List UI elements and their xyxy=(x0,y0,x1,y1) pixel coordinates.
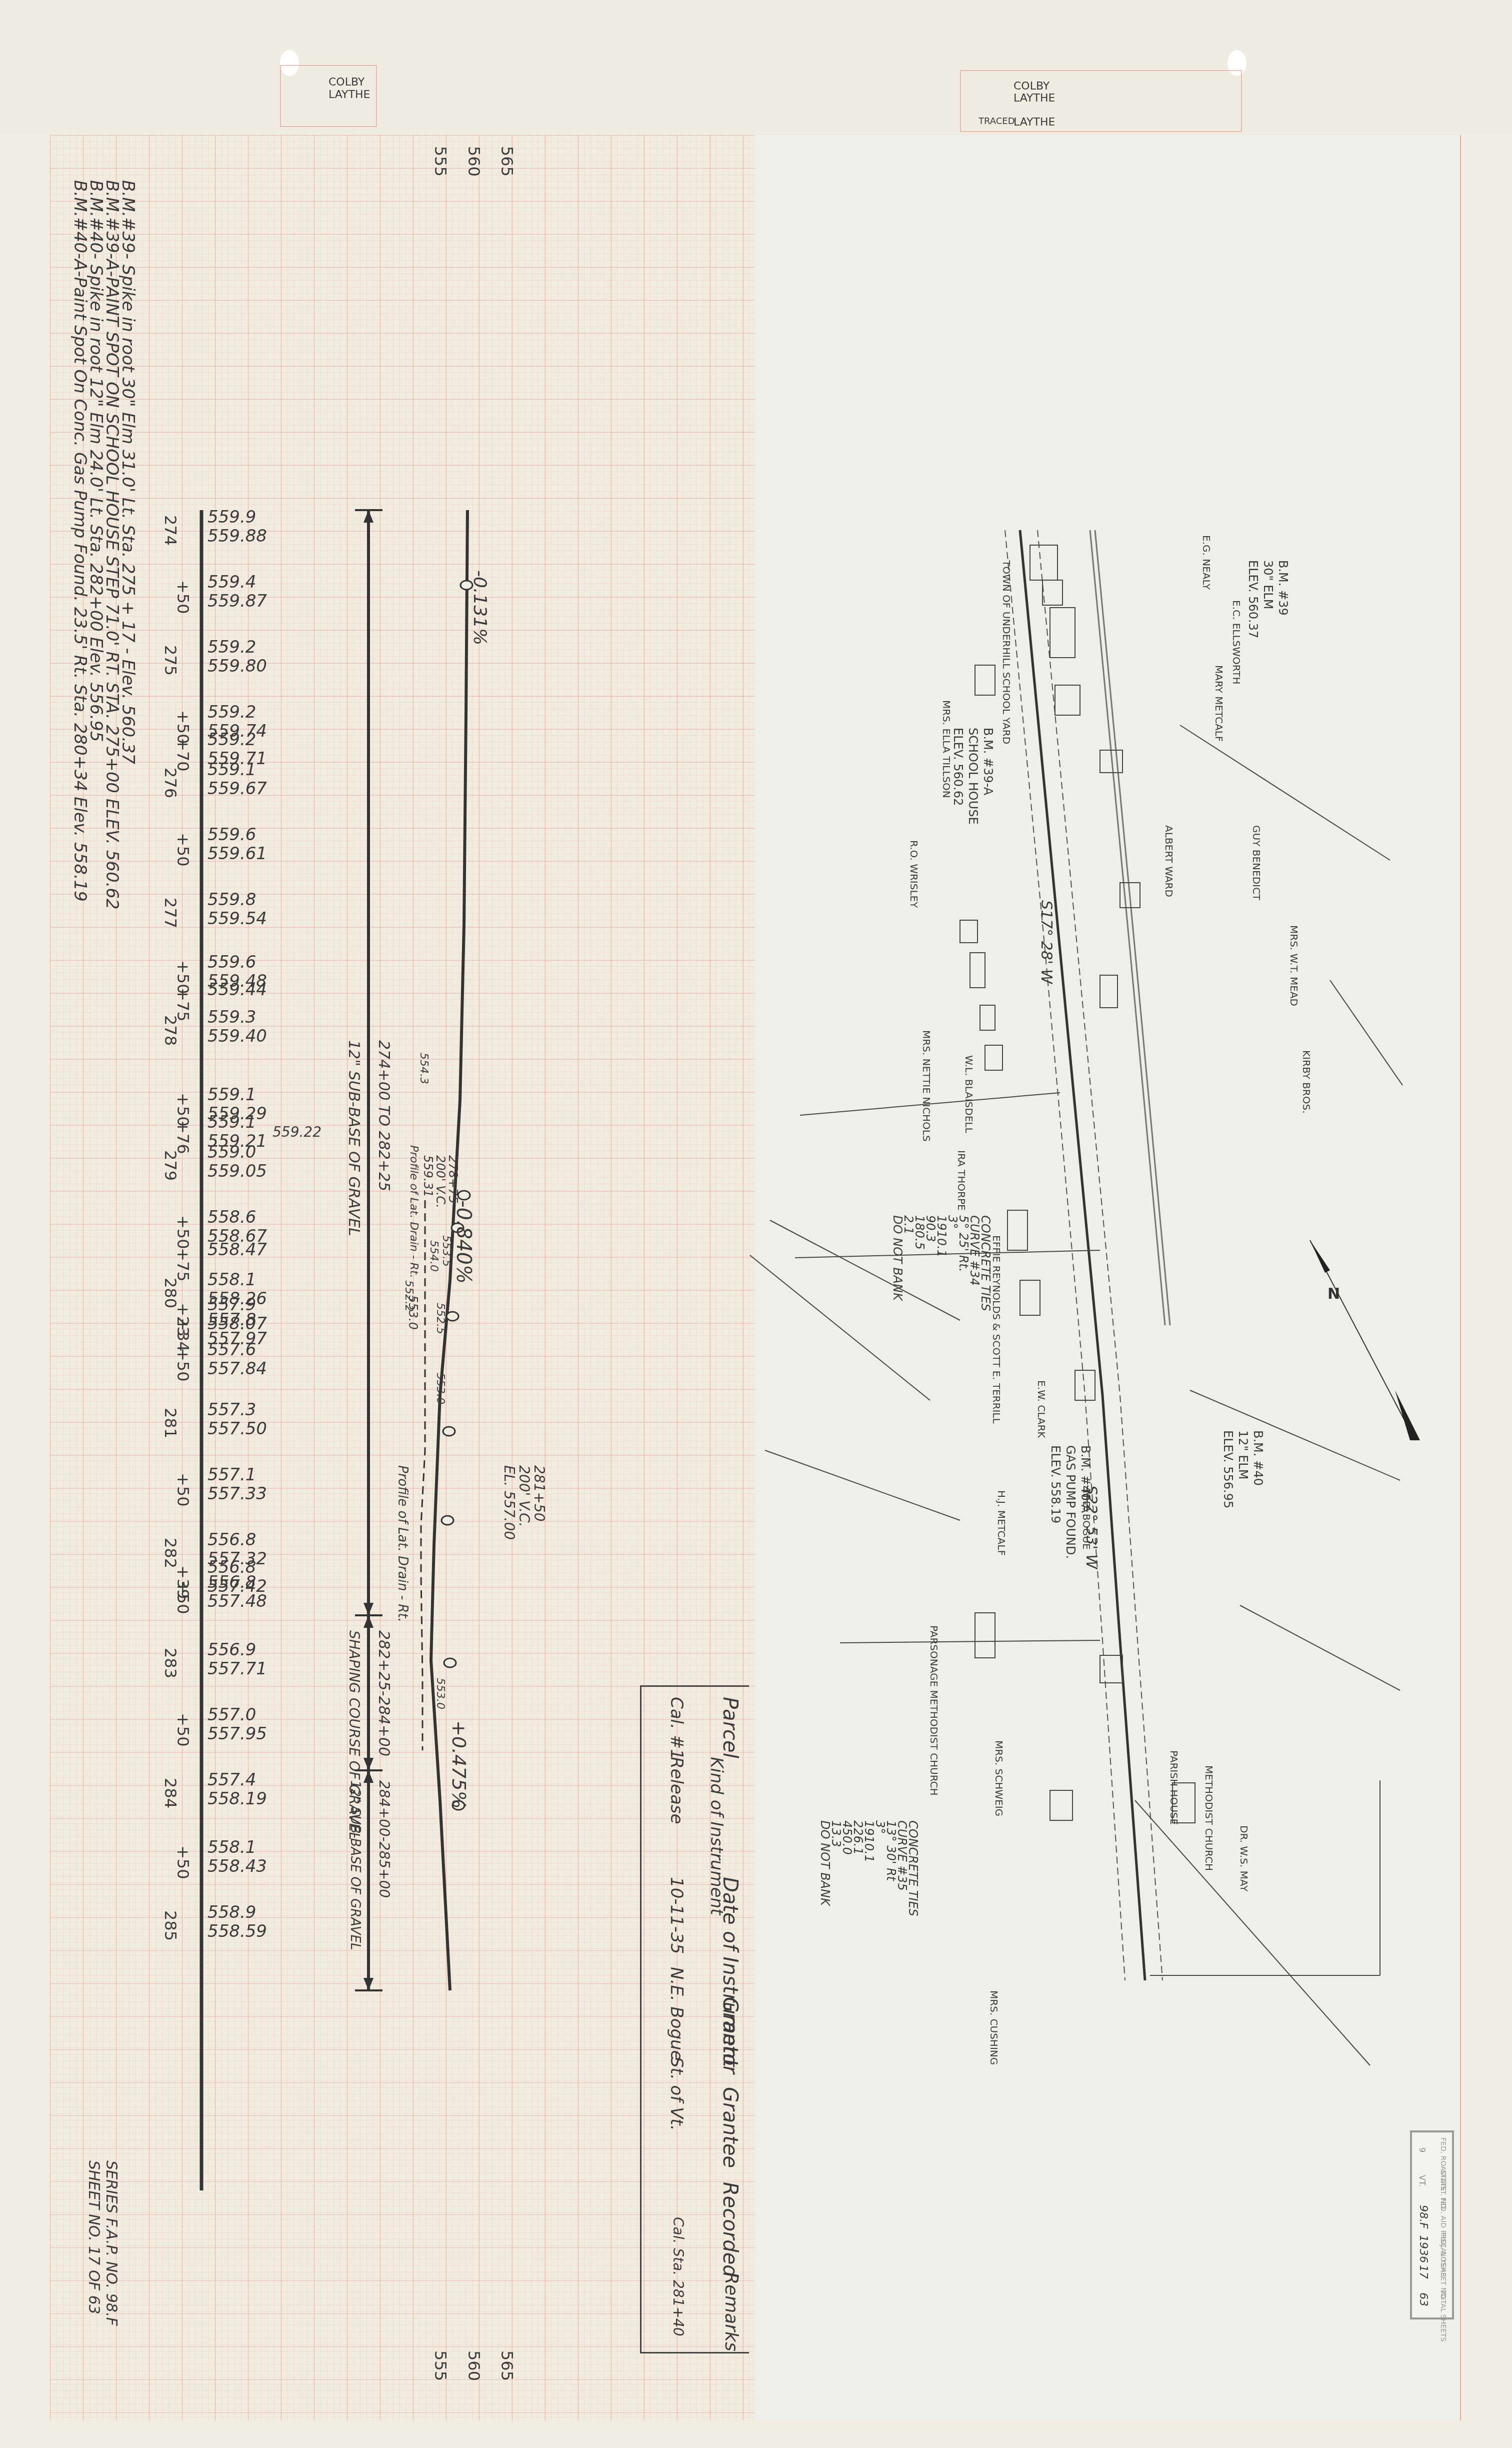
fed-value: 98.F xyxy=(1417,2205,1429,2229)
benchmark-box-line: 30" ELM xyxy=(1261,560,1275,609)
construction-range: 284+00-285+00 xyxy=(376,1780,392,1898)
property-owner-label: GUY BENEDICT xyxy=(1250,825,1262,900)
plan-centerline xyxy=(1020,530,1145,1980)
property-owner-label: IRA THORPE xyxy=(955,1150,967,1211)
construction-desc: 12" SUB-BASE OF GRAVEL xyxy=(347,1780,362,1950)
curve-data: DO NOT BANK xyxy=(890,1215,904,1301)
deed-cell: Cal. Sta. 281+40 xyxy=(670,2217,686,2336)
benchmark-box-line: ELEV. 560.62 xyxy=(951,728,965,806)
deed-header: Parcel xyxy=(718,1697,741,1758)
deed-header: Grantee xyxy=(718,2087,741,2168)
fed-header: TOTAL SHEETS xyxy=(1439,2290,1447,2341)
property-owner-label: ALBERT WARD xyxy=(1163,825,1175,897)
drain-elev: 553.0 xyxy=(434,1678,446,1709)
benchmark-box-line: B.M. #39 xyxy=(1276,560,1290,616)
federal-project-block: FED. ROAD DIST. NO. STATE FED. AID PROJ.… xyxy=(1410,2130,1454,2319)
property-owner-label: MRS. SCHWEIG xyxy=(993,1740,1005,1816)
fed-header: STATE xyxy=(1439,2170,1447,2191)
north-arrow-label: N xyxy=(1327,1285,1340,1303)
property-owner-label: R.O. WRISLEY xyxy=(908,840,920,908)
grade-label: -0.840% xyxy=(452,1200,475,1284)
bearing-label: S22° 53' W xyxy=(1082,1485,1100,1569)
property-owner-label: E.G. NEALY xyxy=(1200,535,1212,590)
benchmark-box-line: ELEV. 560.37 xyxy=(1246,560,1260,638)
fed-value: 1936 xyxy=(1417,2235,1429,2263)
property-owner-label: MARY METCALF xyxy=(1213,665,1225,742)
property-owner-label: MRS. CUSHING xyxy=(988,1990,1000,2065)
construction-range: 282+25-284+00 xyxy=(375,1630,392,1756)
drain-elev: 552.2 xyxy=(402,1280,415,1312)
deed-table: Parcel Kind of Instrument Date of Instru… xyxy=(640,1685,749,2353)
lateral-drain-profile xyxy=(421,1200,425,1750)
deed-cell: Release xyxy=(666,1757,686,1824)
property-owner-label: W.L. BLAISDELL xyxy=(963,1055,975,1133)
benchmark-box-line: ELEV. 558.19 xyxy=(1048,1445,1062,1523)
construction-desc: 12" SUB-BASE OF GRAVEL xyxy=(345,1040,362,1236)
benchmark-box-line: B.M. #39-A xyxy=(981,728,995,795)
drain-elev: 553.5 xyxy=(440,1235,452,1267)
property-owner-label: PARSONAGE METHODIST CHURCH xyxy=(928,1625,940,1796)
drain-elev: 554.3 xyxy=(417,1053,430,1084)
callout-leaders xyxy=(750,725,1402,2065)
deed-header: Grantor xyxy=(718,1997,741,2074)
benchmark-box-line: 12" ELM xyxy=(1236,1430,1250,1479)
deed-cell: N.E. Bogue xyxy=(666,1967,686,2061)
benchmark-box-line: ELEV. 556.95 xyxy=(1221,1430,1235,1508)
deed-cell: 10-11-35 xyxy=(666,1877,686,1954)
property-owner-label: METHODIST CHURCH xyxy=(1203,1765,1215,1871)
construction-range: 274+00 TO 282+25 xyxy=(375,1040,392,1191)
property-owner-label: PARISH HOUSE xyxy=(1168,1750,1180,1825)
drain-elev: 552.5 xyxy=(434,1303,446,1334)
property-owner-label: H.J. METCALF xyxy=(995,1490,1007,1556)
drain-elev: 553.0 xyxy=(434,1373,446,1404)
fed-value: 63 xyxy=(1417,2292,1429,2306)
drawing-graphics xyxy=(0,0,1512,2448)
deed-cell: Cal. #1 xyxy=(666,1697,686,1760)
north-arrow-head xyxy=(1310,1240,1330,1273)
grade-label: +0.475% xyxy=(448,1720,470,1809)
drain-note: Profile of Lat. Drain - Rt. xyxy=(407,1145,420,1278)
fed-value: 9 xyxy=(1417,2147,1427,2152)
property-owner-label: MRS. W.T. MEAD xyxy=(1288,925,1300,1006)
deed-cell: St. of Vt. xyxy=(666,2057,686,2131)
grade-label: -0.131% xyxy=(469,570,490,645)
drain-elev: 554.0 xyxy=(427,1240,440,1272)
fed-value: VT. xyxy=(1417,2175,1427,2187)
property-owner-label: E.W. CLARK xyxy=(1035,1380,1047,1438)
property-owner-label: KIRBY BROS. xyxy=(1300,1050,1312,1114)
property-owner-label: TOWN OF UNDERHILL SCHOOL YARD xyxy=(1000,560,1012,744)
fed-value: 17 xyxy=(1417,2265,1429,2279)
deed-header: Remarks xyxy=(721,2272,741,2351)
benchmark-box-line: B.M. #40 xyxy=(1251,1430,1265,1486)
benchmark-box-line: SCHOOL HOUSE xyxy=(966,728,980,825)
curve-data: DO NOT BANK xyxy=(818,1820,832,1906)
bearing-label: S17° 28' W xyxy=(1037,900,1055,984)
drain-note: Profile of Lat. Drain - Rt. xyxy=(395,1465,410,1622)
drawing-sheet: COLBY LAYTHE COLBY LAYTHE TRACED LAYTHE … xyxy=(0,0,1512,2448)
property-owner-label: E.C. ELLSWORTH xyxy=(1230,600,1242,685)
benchmark-box-line: GAS PUMP FOUND. xyxy=(1063,1445,1077,1559)
deed-header: Recorded xyxy=(718,2182,741,2277)
property-owner-label: DR. W.S. MAY xyxy=(1238,1825,1250,1891)
property-owner-label: MRS. NETTIE NICHOLS xyxy=(920,1030,932,1142)
building-outlines xyxy=(960,545,1195,1823)
